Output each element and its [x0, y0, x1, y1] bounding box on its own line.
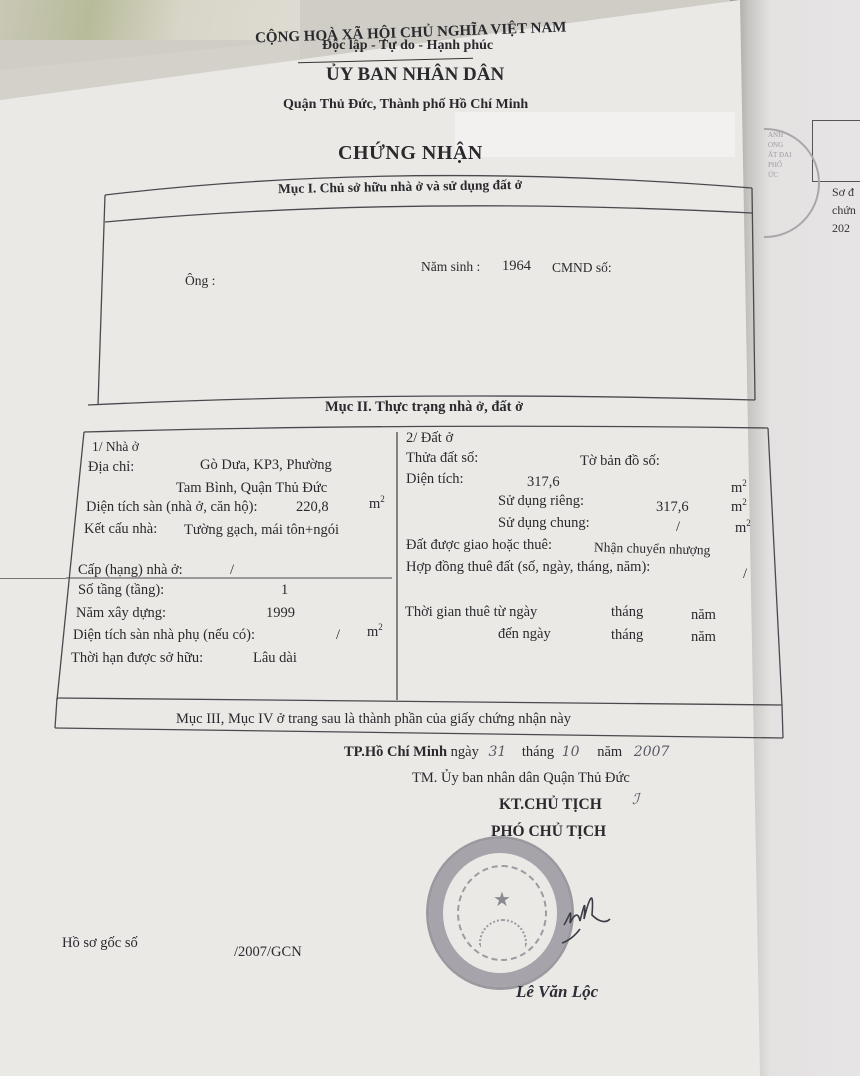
side-sheet-line: Sơ đ: [832, 184, 854, 201]
birth-year: 1964: [502, 258, 531, 275]
shared-use-unit: m2: [735, 518, 751, 537]
address-line2: Tam Bình, Quận Thủ Đức: [176, 480, 327, 497]
lease-from-year-label: năm: [691, 607, 716, 624]
ownership-term-label: Thời hạn được sở hữu:: [71, 650, 203, 667]
lease-from-label: Thời gian thuê từ ngày: [405, 604, 537, 621]
section2-heading: Mục II. Thực trạng nhà ở, đất ở: [325, 399, 523, 416]
signing-month: 10: [562, 744, 580, 760]
on-behalf: TM. Ủy ban nhân dân Quận Thủ Đức: [412, 770, 630, 787]
seal-emblem-icon: ★: [457, 865, 547, 961]
private-use-label: Sử dụng riêng:: [498, 493, 584, 510]
structure: Tường gạch, mái tôn+ngói: [184, 522, 339, 539]
address-line1: Gò Dưa, KP3, Phường: [200, 457, 332, 474]
aux-area-label: Diện tích sàn nhà phụ (nếu có):: [73, 627, 255, 644]
id-label: CMND số:: [552, 260, 612, 276]
allocation-label: Đất được giao hoặc thuê:: [406, 537, 552, 554]
house-heading: 1/ Nhà ở: [92, 439, 139, 455]
side-sheet-line: chứn: [832, 202, 856, 219]
gear-arc-icon: [479, 919, 527, 947]
floor-area-label: Diện tích sàn (nhà ở, căn hộ):: [86, 499, 258, 516]
shared-use: /: [676, 519, 680, 536]
shared-use-label: Sử dụng chung:: [498, 515, 590, 532]
signer-name: Lê Văn Lộc: [516, 982, 598, 1002]
structure-label: Kết cấu nhà:: [84, 521, 157, 538]
signing-year: 2007: [634, 744, 670, 760]
area-label: Diện tích:: [406, 471, 464, 488]
grade: /: [230, 562, 234, 579]
signing-place: TP.Hồ Chí Minh: [344, 744, 447, 760]
grade-label: Cấp (hạng) nhà ở:: [78, 562, 183, 579]
allocation: Nhận chuyển nhượng: [594, 539, 711, 558]
floor-area: 220,8: [296, 499, 329, 516]
signing-day: 31: [488, 744, 506, 760]
area-unit: m2: [731, 478, 747, 497]
floors: 1: [281, 582, 288, 599]
lease-contract: /: [743, 566, 747, 583]
owner-label: Ông :: [185, 273, 215, 289]
parcel-label: Thửa đất số:: [406, 450, 478, 467]
lease-from-month-label: tháng: [611, 604, 643, 621]
initial-mark: ℐ: [632, 790, 639, 808]
left-margin-line: [0, 578, 66, 579]
page-title: CHỨNG NHẬN: [338, 142, 483, 165]
lease-to-label: đến ngày: [498, 626, 551, 643]
role1: KT.CHỦ TỊCH: [499, 796, 602, 814]
private-use-unit: m2: [731, 497, 747, 516]
built-year: 1999: [266, 605, 295, 622]
area: 317,6: [527, 474, 560, 491]
handwritten-signature-icon: [560, 885, 614, 945]
lease-contract-label: Hợp đồng thuê đất (số, ngày, tháng, năm)…: [406, 559, 650, 576]
floors-label: Số tầng (tầng):: [78, 582, 164, 599]
motto: Độc lập - Tự do - Hạnh phúc: [322, 38, 493, 54]
birth-year-label: Năm sinh :: [421, 259, 480, 275]
lease-to-month-label: tháng: [611, 627, 643, 644]
signing-date: TP.Hồ Chí Minh ngày 31 tháng 10 năm 2007: [344, 744, 669, 761]
aux-area-unit: m2: [367, 622, 383, 641]
side-sheet-line: 202: [832, 220, 850, 237]
ownership-term: Lâu dài: [253, 650, 297, 667]
authority: ỦY BAN NHÂN DÂN: [326, 64, 504, 86]
aux-area: /: [336, 627, 340, 644]
star-icon: ★: [493, 887, 511, 912]
private-use: 317,6: [656, 499, 689, 516]
land-heading: 2/ Đất ở: [406, 430, 453, 447]
floor-area-unit: m2: [369, 494, 385, 513]
district: Quận Thủ Đức, Thành phố Hồ Chí Minh: [283, 97, 528, 113]
redacted-area: [455, 112, 735, 157]
built-label: Năm xây dựng:: [76, 605, 166, 622]
official-seal-icon: ★: [426, 836, 574, 990]
lease-to-year-label: năm: [691, 629, 716, 646]
map-sheet-label: Tờ bản đồ số:: [580, 453, 660, 470]
footer-note: Mục III, Mục IV ở trang sau là thành phầ…: [176, 711, 571, 728]
record-label: Hồ sơ gốc số: [62, 935, 138, 952]
record-value: /2007/GCN: [234, 944, 302, 961]
address-label: Địa chỉ:: [88, 459, 134, 476]
